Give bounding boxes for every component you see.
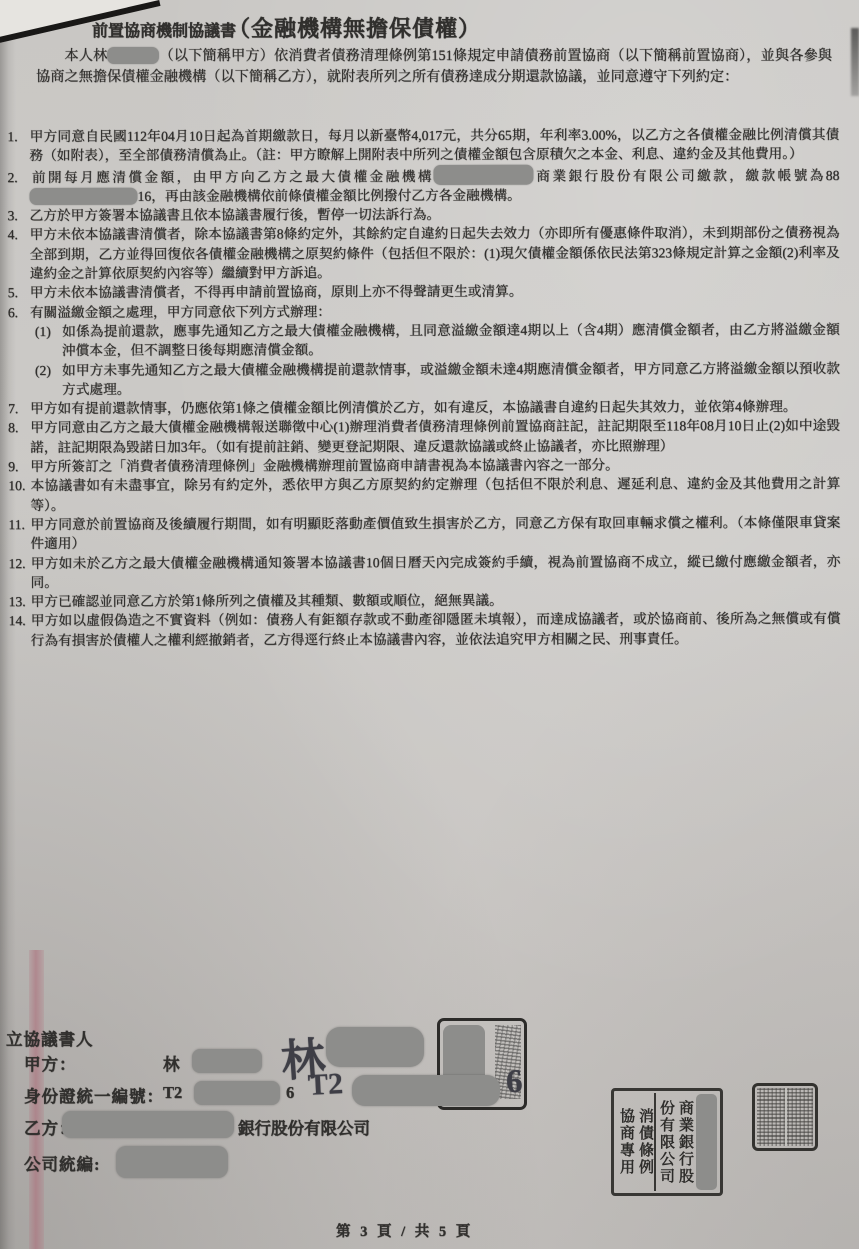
redaction-bank [434, 164, 534, 184]
clause-number: 13. [9, 592, 31, 611]
clause-item: 3.乙方於甲方簽署本協議書且依本協議書履行後，暫停一切法訴行為。 [8, 204, 840, 225]
clause-item: 12.甲方如未於乙方之最大債權金融機構通知簽署本協議書10個日曆天內完成簽約手續… [8, 551, 840, 592]
page-number: 第 3 頁 / 共 5 頁 [336, 1220, 473, 1241]
redaction-company-id [116, 1146, 228, 1178]
handwritten-id-suffix: 6 [505, 1064, 523, 1102]
clause-item: 9.甲方所簽訂之「消費者債務清理條例」金融機構辦理前置協商申請書視為本協議書內容… [8, 455, 840, 476]
clause-item: 1.甲方同意自民國112年04月10日起為首期繳款日，每月以新臺幣4,017元，… [7, 125, 839, 166]
clause-number: 7. [8, 399, 30, 418]
bank-seal-column: 份有限公司 [654, 1093, 675, 1191]
signatories-heading: 立協議書人 [6, 1026, 94, 1050]
id-number-label: 身份證統一編號： [24, 1083, 164, 1107]
clause-item: 11.甲方同意於前置協商及後續履行期間，如有明顯貶落動產價值致生損害於乙方，同意… [8, 513, 840, 554]
clause-number: 8. [8, 418, 30, 437]
clause-number: 12. [8, 554, 30, 573]
clause-number: 4. [8, 226, 30, 245]
company-id-label: 公司統編: [24, 1151, 101, 1175]
clause-number: 5. [8, 283, 30, 302]
bank-seal-column: 協商專用 [616, 1093, 635, 1191]
clause-number: 3. [8, 206, 30, 225]
clause-number: 14. [9, 611, 31, 630]
clause-list: 1.甲方同意自民國112年04月10日起為首期繳款日，每月以新臺幣4,017元，… [7, 125, 840, 650]
clause-number: 2. [7, 168, 29, 187]
clause-number: 1. [7, 127, 29, 146]
clause-item: 6.有關溢繳金額之處理，甲方同意依下列方式辦理： [8, 301, 840, 322]
clause-item: 7.甲方如有提前還款情事，仍應依第1條之債權金額比例清償於乙方，如有違反，本協議… [8, 397, 840, 418]
clause-subitem: (1)如係為提前還款，應事先通知乙方之最大債權金融機構，且同意溢繳金額達4期以上… [8, 320, 840, 361]
redaction-handwritten-name [326, 1027, 424, 1067]
redaction-name [107, 47, 159, 64]
clause-item: 4.甲方未依本協議書清償者，除本協議書第8條約定外，其餘約定自違約日起失去效力（… [8, 223, 840, 283]
intro-paragraph: 本人林（以下簡稱甲方）依消費者債務清理條例第151條規定申請債務前置協商（以下簡… [36, 46, 832, 88]
id-number-prefix: T2 [163, 1083, 182, 1103]
bank-seal-column: 消債條例 [635, 1093, 654, 1191]
scanned-agreement-page: 前置協商機制協議書（金融機構無擔保債權） 本人林（以下簡稱甲方）依消費者債務清理… [0, 0, 859, 1249]
redaction-acct [29, 188, 137, 205]
clause-subitem: (2)如甲方未事先通知乙方之最大債權金融機構提前還款情事，或溢繳金額未達4期應清… [8, 358, 840, 399]
document-title-suffix: （金融機構無擔保債權） [228, 16, 481, 41]
party-a-typed-name: 林 [163, 1051, 180, 1075]
clause-subitem-number: (2) [35, 361, 62, 380]
clause-number: 11. [8, 515, 30, 534]
redaction-bank-seal-name [696, 1094, 717, 1190]
clause-item: 8.甲方同意由乙方之最大債權金融機構報送聯徵中心(1)辦理消費者債務清理條例前置… [8, 416, 840, 457]
clause-item: 2.前開每月應清償金額，由甲方向乙方之最大債權金融機構商業銀行股份有限公司繳款，… [7, 164, 839, 207]
handwritten-id-prefix: T2 [307, 1067, 344, 1103]
clause-item: 10.本協議書如有未盡事宜，除另有約定外，悉依甲方與乙方原契約約定辦理（包括但不… [8, 474, 840, 515]
redaction-party-a-name [192, 1049, 262, 1073]
clause-number: 9. [8, 457, 30, 476]
redaction-handwritten-id [352, 1075, 500, 1106]
redaction-party-b-name [62, 1111, 234, 1138]
clause-item: 13.甲方已確認並同意乙方於第1條所列之債權及其種類、數額或順位，絕無異議。 [9, 590, 841, 611]
document-title-main: 前置協商機制協議書 [92, 23, 236, 40]
document-title: 前置協商機制協議書（金融機構無擔保債權） [92, 12, 832, 43]
bank-seal-column: 商業銀行股 [675, 1093, 694, 1191]
clause-item: 14.甲方如以虛假偽造之不實資料（例如：債務人有鉅額存款或不動產卻隱匿未填報），… [9, 609, 841, 650]
personal-seal [752, 1083, 818, 1151]
clause-number: 10. [8, 476, 30, 495]
clause-subitem-number: (1) [35, 322, 62, 341]
party-b-typed-name: 銀行股份有限公司 [238, 1115, 370, 1139]
clause-number: 6. [8, 303, 30, 322]
bank-seal: 協商專用消債條例份有限公司商業銀行股 [611, 1088, 723, 1196]
redaction-id-number [194, 1081, 280, 1105]
party-a-label: 甲方： [24, 1051, 77, 1075]
right-edge-smudge [851, 28, 859, 96]
clause-item: 5.甲方未依本協議書清償者，不得再申請前置協商，原則上亦不得聲請更生或清算。 [8, 281, 840, 302]
